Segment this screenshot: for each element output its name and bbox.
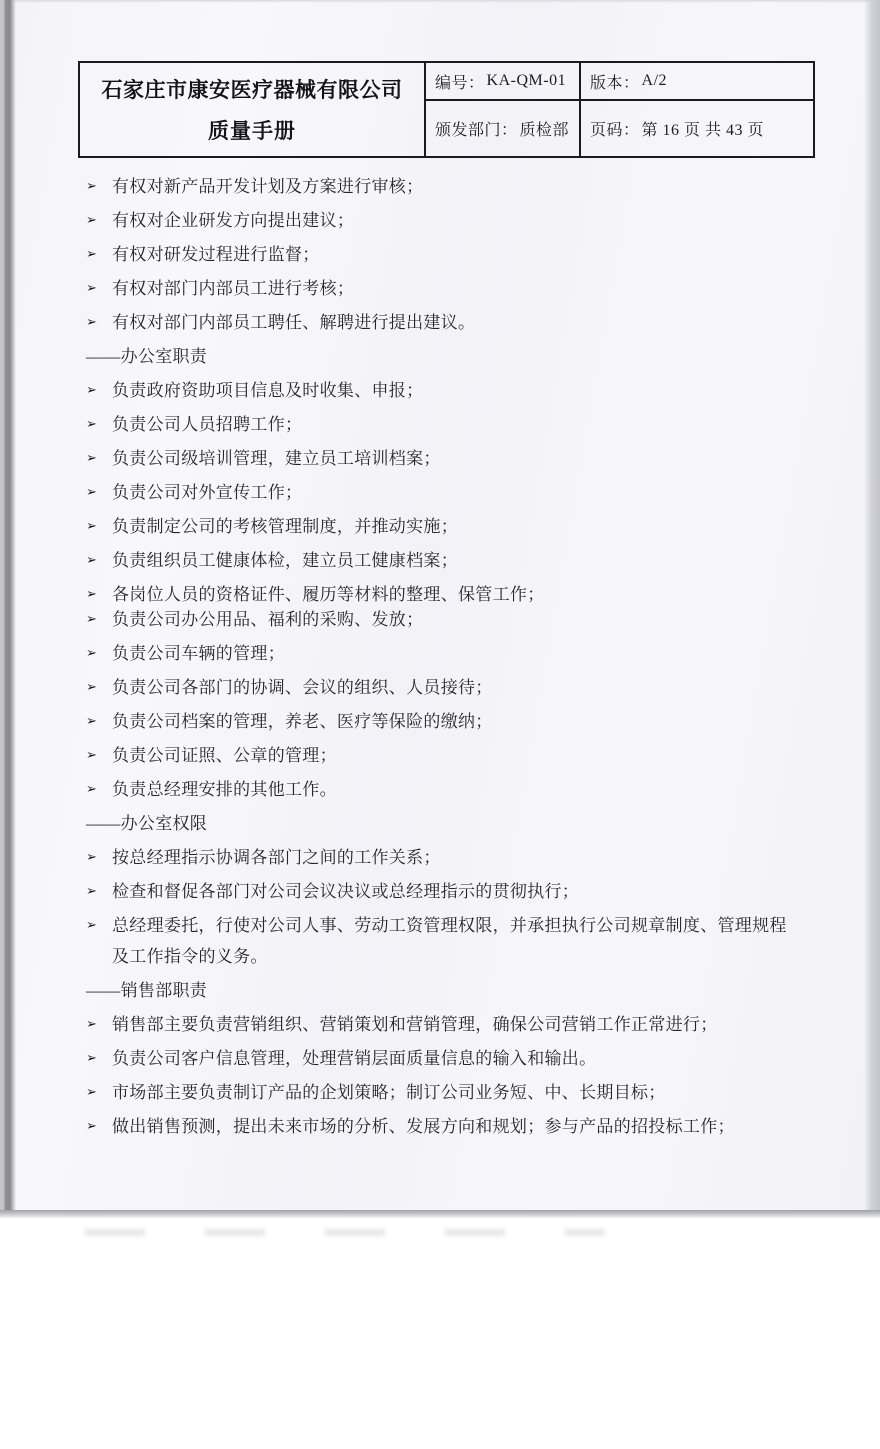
arrow-bullet-icon: ➢: [86, 774, 112, 805]
arrow-bullet-icon: ➢: [86, 604, 112, 635]
arrow-bullet-icon: ➢: [86, 307, 112, 338]
list-item-text: 负责公司对外宣传工作；: [112, 477, 302, 508]
arrow-bullet-icon: ➢: [86, 842, 112, 873]
list-item: ➢负责公司车辆的管理；: [86, 638, 798, 669]
arrow-bullet-icon: ➢: [86, 443, 112, 474]
company-name: 石家庄市康安医疗器械有限公司: [102, 74, 403, 104]
list-item-text: 有权对部门内部员工进行考核；: [112, 273, 354, 304]
list-item-text: 检查和督促各部门对公司会议决议或总经理指示的贯彻执行；: [112, 876, 579, 907]
arrow-bullet-icon: ➢: [86, 638, 112, 669]
doc-number-value: KA-QM-01: [487, 72, 567, 90]
list-item: ➢负责公司各部门的协调、会议的组织、人员接待；: [86, 672, 798, 703]
list-item-text: 负责制定公司的考核管理制度，并推动实施；: [112, 511, 458, 542]
doc-number-label: 编号：: [435, 70, 485, 93]
doc-number-cell: 编号： KA-QM-01: [424, 63, 579, 99]
list-item-text: 销售部主要负责营销组织、营销策划和营销管理，确保公司营销工作正常进行；: [112, 1009, 718, 1040]
page-number-cell: 页码： 第 16 页 共 43 页: [579, 99, 813, 156]
list-item: ➢有权对部门内部员工进行考核；: [86, 273, 798, 304]
list-item: ➢负责公司级培训管理，建立员工培训档案；: [86, 443, 798, 474]
list-item-text: 做出销售预测，提出未来市场的分析、发展方向和规划；参与产品的招投标工作；: [112, 1111, 735, 1142]
list-item: ➢负责公司人员招聘工作；: [86, 409, 798, 440]
list-item: ➢负责公司客户信息管理，处理营销层面质量信息的输入和输出。: [86, 1043, 798, 1074]
list-item-text: 有权对企业研发方向提出建议；: [112, 205, 354, 236]
list-item: ➢按总经理指示协调各部门之间的工作关系；: [86, 842, 798, 873]
list-item: ➢负责公司证照、公章的管理；: [86, 740, 798, 771]
section-heading: ——办公室职责: [86, 341, 798, 372]
arrow-bullet-icon: ➢: [86, 740, 112, 771]
arrow-bullet-icon: ➢: [86, 205, 112, 236]
section-heading: ——销售部职责: [86, 975, 798, 1006]
list-item: ➢检查和督促各部门对公司会议决议或总经理指示的贯彻执行；: [86, 876, 798, 907]
section-heading-text: ——办公室职责: [86, 341, 207, 372]
list-item-text: 负责公司证照、公章的管理；: [112, 740, 337, 771]
issuing-dept-cell: 颁发部门： 质检部: [424, 99, 579, 156]
page-number-label: 页码：: [590, 117, 640, 140]
arrow-bullet-icon: ➢: [86, 1043, 112, 1074]
list-item: ➢负责总经理安排的其他工作。: [86, 774, 798, 805]
scan-artifact-smudge: [85, 1229, 605, 1236]
arrow-bullet-icon: ➢: [86, 1111, 112, 1142]
document-header-table: 石家庄市康安医疗器械有限公司 质量手册 编号： KA-QM-01 版本： A/2…: [78, 61, 815, 158]
list-item-text: 负责公司客户信息管理，处理营销层面质量信息的输入和输出。: [112, 1043, 596, 1074]
screenshot-stage: 石家庄市康安医疗器械有限公司 质量手册 编号： KA-QM-01 版本： A/2…: [0, 0, 880, 1449]
version-label: 版本：: [590, 70, 640, 93]
list-item-text: 负责公司车辆的管理；: [112, 638, 285, 669]
list-item-text: 有权对研发过程进行监督；: [112, 239, 320, 270]
version-cell: 版本： A/2: [579, 63, 813, 99]
list-item-text: 负责公司级培训管理，建立员工培训档案；: [112, 443, 441, 474]
list-item: ➢负责组织员工健康体检，建立员工健康档案；: [86, 545, 798, 576]
list-item-text: 负责公司人员招聘工作；: [112, 409, 302, 440]
list-item: ➢有权对新产品开发计划及方案进行审核；: [86, 171, 798, 202]
company-title-cell: 石家庄市康安医疗器械有限公司 质量手册: [80, 63, 424, 156]
version-value: A/2: [642, 72, 668, 90]
section-heading-text: ——销售部职责: [86, 975, 207, 1006]
arrow-bullet-icon: ➢: [86, 706, 112, 737]
scan-left-edge: [0, 0, 16, 1213]
list-item-text: 按总经理指示协调各部门之间的工作关系；: [112, 842, 441, 873]
arrow-bullet-icon: ➢: [86, 477, 112, 508]
arrow-bullet-icon: ➢: [86, 375, 112, 406]
issuing-dept-value: 质检部: [520, 117, 570, 140]
list-item-text: 有权对新产品开发计划及方案进行审核；: [112, 171, 423, 202]
list-item-text: 负责总经理安排的其他工作。: [112, 774, 337, 805]
paper-bottom-shadow: [0, 1210, 880, 1219]
list-item: ➢总经理委托，行使对公司人事、劳动工资管理权限，并承担执行公司规章制度、管理规程…: [86, 910, 798, 972]
list-item: ➢销售部主要负责营销组织、营销策划和营销管理，确保公司营销工作正常进行；: [86, 1009, 798, 1040]
list-item: ➢有权对研发过程进行监督；: [86, 239, 798, 270]
list-item: ➢负责公司对外宣传工作；: [86, 477, 798, 508]
arrow-bullet-icon: ➢: [86, 171, 112, 202]
list-item: ➢负责政府资助项目信息及时收集、申报；: [86, 375, 798, 406]
manual-title: 质量手册: [208, 115, 296, 145]
list-item-text: 负责公司档案的管理，养老、医疗等保险的缴纳；: [112, 706, 493, 737]
arrow-bullet-icon: ➢: [86, 910, 112, 972]
list-item: ➢有权对企业研发方向提出建议；: [86, 205, 798, 236]
list-item: ➢负责制定公司的考核管理制度，并推动实施；: [86, 511, 798, 542]
arrow-bullet-icon: ➢: [86, 409, 112, 440]
arrow-bullet-icon: ➢: [86, 511, 112, 542]
list-item: ➢做出销售预测，提出未来市场的分析、发展方向和规划；参与产品的招投标工作；: [86, 1111, 798, 1142]
issuing-dept-label: 颁发部门：: [435, 117, 518, 140]
scan-top-edge: [0, 0, 880, 3]
arrow-bullet-icon: ➢: [86, 672, 112, 703]
list-item-text: 市场部主要负责制订产品的企划策略；制订公司业务短、中、长期目标；: [112, 1077, 666, 1108]
document-body-list: ➢有权对新产品开发计划及方案进行审核；➢有权对企业研发方向提出建议；➢有权对研发…: [86, 171, 798, 1142]
page-number-value: 第 16 页 共 43 页: [642, 117, 765, 140]
list-item: ➢负责公司档案的管理，养老、医疗等保险的缴纳；: [86, 706, 798, 737]
scan-right-edge: [864, 0, 880, 1213]
list-item-text: 负责政府资助项目信息及时收集、申报；: [112, 375, 423, 406]
arrow-bullet-icon: ➢: [86, 1009, 112, 1040]
arrow-bullet-icon: ➢: [86, 239, 112, 270]
arrow-bullet-icon: ➢: [86, 545, 112, 576]
list-item-text: 负责公司各部门的协调、会议的组织、人员接待；: [112, 672, 493, 703]
arrow-bullet-icon: ➢: [86, 876, 112, 907]
list-item-text: 负责公司办公用品、福利的采购、发放；: [112, 604, 423, 635]
list-item-text: 负责组织员工健康体检，建立员工健康档案；: [112, 545, 458, 576]
arrow-bullet-icon: ➢: [86, 273, 112, 304]
section-heading: ——办公室权限: [86, 808, 798, 839]
section-heading-text: ——办公室权限: [86, 808, 207, 839]
list-item: ➢有权对部门内部员工聘任、解聘进行提出建议。: [86, 307, 798, 338]
scanned-page: 石家庄市康安医疗器械有限公司 质量手册 编号： KA-QM-01 版本： A/2…: [0, 0, 880, 1213]
list-item-text: 总经理委托，行使对公司人事、劳动工资管理权限，并承担执行公司规章制度、管理规程及…: [112, 910, 790, 972]
arrow-bullet-icon: ➢: [86, 1077, 112, 1108]
list-item: ➢市场部主要负责制订产品的企划策略；制订公司业务短、中、长期目标；: [86, 1077, 798, 1108]
list-item-text: 有权对部门内部员工聘任、解聘进行提出建议。: [112, 307, 475, 338]
